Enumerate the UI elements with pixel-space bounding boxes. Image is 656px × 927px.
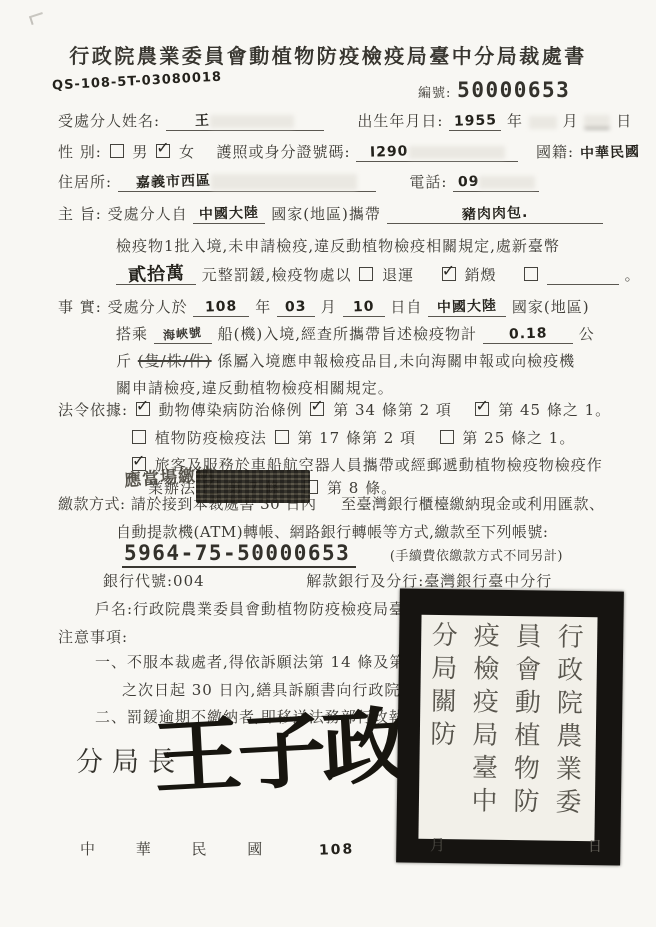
phone-fill: 09 — [453, 173, 539, 192]
phone-label: 電話: — [409, 173, 447, 191]
footer-year-value: 108 — [319, 841, 355, 858]
subject-line3: 元整罰鍰,檢疫物處以 — [202, 266, 352, 284]
bank-branch: 解款銀行及分行:臺灣銀行臺中分行 — [306, 572, 552, 590]
checkbox-article-45 — [475, 402, 489, 416]
serial-number: 50000653 — [457, 78, 570, 102]
facts-row2: 搭乘 海峽號 船(機)入境,經查所攜帶旨述檢疫物計 0.18 公 — [116, 323, 595, 344]
seal-paper-area: 行政院農業委 員會動植物防 疫檢疫局臺中 分局關防 — [418, 615, 597, 841]
checkbox-destroy — [442, 267, 456, 281]
facts-year: 108 — [205, 298, 238, 316]
subject-pre: 受處分人自 — [108, 205, 188, 223]
facts-origin: 中國大陸 — [437, 298, 498, 317]
legal-item1-law: 動物傳染病防治條例 — [159, 401, 303, 419]
signature-handwritten-name: 王子政 — [150, 681, 409, 811]
payment-label: 繳款方式: — [58, 495, 126, 513]
facts-year-fill: 108 — [193, 298, 249, 317]
legal-row2: 植物防疫檢疫法 第 17 條第 2 項 第 25 條之 1。 — [130, 427, 575, 448]
address-label: 住居所: — [58, 173, 112, 191]
checkbox-article-34 — [310, 402, 324, 416]
facts-l3b: 係屬入境應申報檢疫品目,未向海關申報或向檢疫機 — [217, 352, 575, 370]
subject-mid: 國家(地區)攜帶 — [271, 205, 381, 223]
serial-label: 編號: — [418, 86, 451, 101]
name-fill: 王 — [166, 112, 324, 131]
legal-item1-c2: 第 45 條之 1。 — [498, 401, 611, 419]
other-option-fill — [547, 284, 619, 285]
facts-month-unit: 月 — [321, 298, 337, 316]
dob-year-fill: 1955 — [449, 112, 501, 131]
id-label: 護照或身分證號碼: — [217, 143, 351, 161]
legal-item1-c1: 第 34 條第 2 項 — [333, 401, 452, 419]
handwritten-case-code: QS-108-5T-03080018 — [52, 70, 223, 94]
id-fill: I290 — [356, 143, 518, 162]
document-title: 行政院農業委員會動植物防疫檢疫局臺中分局裁處書 — [0, 40, 656, 69]
checkbox-other — [524, 267, 538, 281]
facts-row3: 斤 (隻/株/件) 係屬入境應申報檢疫品目,未向海關申報或向檢疫機 — [116, 350, 575, 371]
name-redaction — [210, 115, 294, 128]
facts-row4: 關申請檢疫,違反動植物檢疫相關規定。 — [116, 377, 394, 398]
address-fill: 嘉義市西區 — [118, 173, 376, 192]
facts-label: 事 實: — [58, 298, 102, 316]
official-seal-stamp: 行政院農業委 員會動植物防 疫檢疫局臺中 分局關防 — [396, 588, 624, 865]
origin-fill: 中國大陸 — [193, 205, 265, 224]
facts-mid: 日自 — [390, 298, 422, 316]
correction-stamp-block — [196, 470, 310, 503]
legal-item2-law: 植物防疫檢疫法 — [155, 429, 267, 447]
year-unit: 年 — [507, 112, 523, 130]
era-label: 中 華 民 國 — [80, 840, 274, 858]
qty-fill: 0.18 — [483, 325, 573, 344]
serial-row: 編號: 50000653 — [418, 78, 570, 102]
facts-year-unit: 年 — [255, 298, 271, 316]
id-redaction — [409, 146, 505, 159]
name-value: 王 — [195, 113, 211, 131]
bank-code: 銀行代號:004 — [103, 572, 205, 590]
payment-l1b: 至臺灣銀行櫃檯繳納現金或利用匯款、 — [341, 495, 605, 513]
footer-month-unit: 月 — [430, 834, 445, 855]
legal-item2-c2: 第 25 條之 1。 — [462, 429, 575, 447]
facts-tail: 國家(地區) — [512, 298, 590, 316]
checkbox-return — [359, 267, 373, 281]
checkbox-article-17 — [275, 430, 289, 444]
facts-struck-units: (隻/株/件) — [138, 352, 212, 370]
footer-day-unit: 日 — [588, 836, 602, 856]
payment-row1: 繳款方式: 請於接到本裁處書 30 日內 至臺灣銀行櫃檯繳納現金或利用匯款、 — [58, 493, 605, 514]
phone-value: 09 — [457, 174, 479, 192]
facts-l2a: 搭乘 — [116, 325, 148, 343]
gender-id-row: 性 別: 男 女 護照或身分證號碼: I290 國籍: 中華民國 — [58, 141, 640, 162]
seal-script-text: 行政院農業委 員會動植物防 疫檢疫局臺中 分局關防 — [418, 615, 593, 837]
dob-month-redaction — [529, 116, 557, 129]
address-value: 嘉義市西區 — [136, 173, 212, 193]
facts-l2b: 船(機)入境,經查所攜帶旨述檢疫物計 — [218, 325, 477, 343]
subject-row3: 貳拾萬 元整罰鍰,檢疫物處以 退運 銷燬 。 — [116, 264, 641, 285]
dob-day-redaction — [584, 115, 610, 129]
option-return-label: 退運 — [382, 266, 414, 284]
recipient-name-row: 受處分人姓名: 王 出生年月日: 1955 年 月 日 — [58, 110, 632, 131]
checkbox-plant-law — [132, 430, 146, 444]
facts-month-fill: 03 — [277, 298, 315, 317]
amount-fill: 貳拾萬 — [116, 266, 196, 285]
phone-redaction — [479, 176, 535, 189]
checkbox-male — [110, 144, 124, 158]
scanned-penalty-document: 行政院農業委員會動植物防疫檢疫局臺中分局裁處書 QS-108-5T-030800… — [0, 0, 656, 927]
facts-day-fill: 10 — [343, 298, 385, 317]
facts-origin-fill: 中國大陸 — [428, 298, 506, 317]
vessel-fill: 海峽號 — [154, 325, 212, 344]
month-unit: 月 — [563, 112, 579, 130]
subject-item: 豬肉肉包. — [461, 205, 528, 224]
payment-row2: 自動提款機(ATM)轉帳、網路銀行轉帳等方式,繳款至下列帳號: — [116, 521, 548, 542]
facts-day: 10 — [353, 299, 375, 317]
address-row: 住居所: 嘉義市西區 電話: 09 — [58, 171, 539, 192]
subject-origin: 中國大陸 — [199, 205, 260, 224]
penalty-amount: 貳拾萬 — [127, 265, 185, 284]
payment-account-row: 5964-75-50000653 (手續費依繳款方式不同另計) — [122, 541, 563, 565]
id-value: I290 — [370, 143, 409, 161]
checkbox-female — [156, 144, 170, 158]
day-unit: 日 — [616, 112, 632, 130]
name-label: 受處分人姓名: — [58, 112, 160, 130]
facts-l3a: 斤 — [116, 352, 132, 370]
subject-row1: 主 旨: 受處分人自 中國大陸 國家(地區)攜帶 豬肉肉包. — [58, 203, 603, 224]
gender-label: 性 別: — [58, 143, 102, 161]
legal-item2-c1: 第 17 條第 2 項 — [297, 429, 416, 447]
dob-year: 1955 — [453, 112, 497, 130]
legal-row1: 法令依據: 動物傳染病防治條例 第 34 條第 2 項 第 45 條之 1。 — [58, 399, 611, 420]
subject-row2: 檢疫物1批入境,未申請檢疫,違反動植物檢疫相關規定,處新臺幣 — [116, 235, 560, 256]
nationality-value: 中華民國 — [579, 141, 640, 163]
facts-pre: 受處分人於 — [108, 298, 188, 316]
legal-label: 法令依據: — [58, 401, 128, 419]
scan-artifact-mark — [29, 12, 45, 25]
dob-label: 出生年月日: — [357, 112, 443, 130]
facts-l2c: 公 — [579, 325, 595, 343]
subject-period: 。 — [625, 266, 641, 284]
bank-account-number: 5964-75-50000653 — [122, 541, 356, 568]
facts-month: 03 — [285, 299, 307, 317]
address-redaction — [211, 174, 357, 190]
nationality-label: 國籍: — [536, 143, 574, 161]
checkbox-article-25 — [440, 430, 454, 444]
bank-info-row: 銀行代號:004 解款銀行及分行:臺灣銀行臺中分行 — [103, 570, 552, 591]
female-label: 女 — [179, 143, 195, 161]
item-fill: 豬肉肉包. — [387, 205, 603, 224]
quantity-value: 0.18 — [508, 325, 547, 343]
vessel-name: 海峽號 — [163, 324, 203, 344]
fee-note: (手續費依繳款方式不同另計) — [390, 549, 563, 564]
facts-row1: 事 實: 受處分人於 108 年 03 月 10 日自 中國大陸 國家(地區) — [58, 296, 590, 317]
checkbox-animal-law — [136, 402, 150, 416]
subject-label: 主 旨: — [58, 205, 102, 223]
option-destroy-label: 銷燬 — [464, 266, 496, 284]
male-label: 男 — [132, 143, 148, 161]
notes-header: 注意事項: — [58, 626, 128, 647]
